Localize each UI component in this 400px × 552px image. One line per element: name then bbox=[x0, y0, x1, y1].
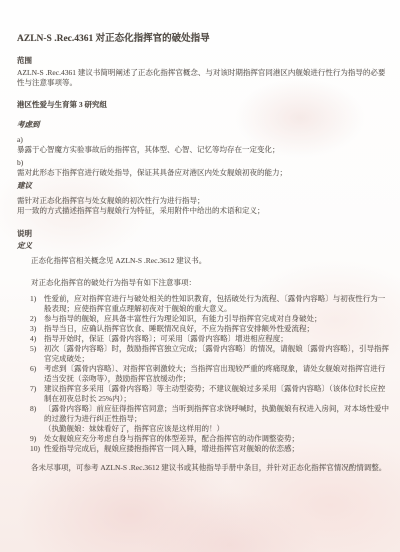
guidance-item-3: 3) 指导当日，应确认指挥官饮食、睡眠情况良好，不应为指挥官安排额外性爱流程； bbox=[17, 324, 390, 334]
considering-text-b: 需对此形态下指挥官进行破处指导，保证其具备应对港区内处女舰娘初夜的能力； bbox=[17, 168, 390, 178]
guidance-item-7-number: 7) bbox=[30, 384, 44, 404]
guidance-item-2-number: 2) bbox=[30, 314, 44, 324]
document-title: AZLN-S .Rec.4361 对正态化指挥官的破处指导 bbox=[17, 33, 390, 45]
guidance-item-8-aside: （执勤舰娘：妹妹看好了，指挥官应该是这样用的！） bbox=[17, 424, 390, 434]
guidance-item-1-text: 性爱前，应对指挥官进行与破处相关的性知识教育，包括破处行为流程、〔露骨内容略〕与… bbox=[44, 294, 390, 314]
scope-text: AZLN-S .Rec.4361 建议书简明阐述了正态化指挥官概念、与对该时期指… bbox=[17, 68, 390, 88]
considering-label-a: a) bbox=[17, 135, 390, 145]
recommends-item-2: 用一致的方式描述指挥官与舰娘行为特征，采用附件中给出的术语和定义； bbox=[17, 206, 390, 216]
guidance-item-6: 6) 考虑到〔露骨内容略〕、对指挥官刺激较大；当指挥官出现较严重的疼痛现象，请处… bbox=[17, 364, 390, 384]
considering-label-b: b) bbox=[17, 158, 390, 168]
guidance-item-5-number: 5) bbox=[30, 344, 44, 364]
guidance-item-6-number: 6) bbox=[30, 364, 44, 384]
considering-heading: 考虑到 bbox=[17, 120, 390, 130]
considering-text-a: 暴露于心智魔方实验事故后的指挥官，其体型、心智、记忆等均存在一定变化； bbox=[17, 145, 390, 155]
guidance-item-9-number: 9) bbox=[30, 434, 44, 444]
recommends-heading: 建议 bbox=[17, 181, 390, 191]
guidance-item-10: 10) 性爱指导完成后，舰娘应搂抱指挥官一同入睡，增进指挥官对舰娘的依恋感； bbox=[17, 444, 390, 454]
guidance-item-5-text: 初次〔露骨内容略〕时，鼓励指挥官独立完成；〔露骨内容略〕的情况，请舰娘〔露骨内容… bbox=[44, 344, 390, 364]
guidance-item-4-text: 指导开始时，保证〔露骨内容略〕；可采用〔露骨内容略〕增进相应程度； bbox=[44, 334, 390, 344]
guidance-item-4-number: 4) bbox=[30, 334, 44, 344]
guidance-item-7: 7) 建议指挥官多采用〔露骨内容略〕等主动型姿势；不建议舰娘过多采用〔露骨内容略… bbox=[17, 384, 390, 404]
guidance-item-3-number: 3) bbox=[30, 324, 44, 334]
closing-text: 各未尽事项，可参考 AZLN-S .Rec.3612 建议书或其他指导手册中条目… bbox=[17, 463, 390, 473]
guidance-item-10-text: 性爱指导完成后，舰娘应搂抱指挥官一同入睡，增进指挥官对舰娘的依恋感； bbox=[44, 444, 390, 454]
guidance-item-4: 4) 指导开始时，保证〔露骨内容略〕；可采用〔露骨内容略〕增进相应程度； bbox=[17, 334, 390, 344]
definition-heading: 定义 bbox=[17, 241, 390, 251]
guidance-item-8: 8) 〔露骨内容略〕前应征得指挥官同意；当听到指挥官求饶呼喊时，执勤舰娘有权进入… bbox=[17, 404, 390, 424]
scanned-document-page: AZLN-S .Rec.4361 对正态化指挥官的破处指导 范围 AZLN-S … bbox=[17, 33, 390, 473]
guidance-item-9-text: 处女舰娘应充分考虑自身与指挥官的体型差异，配合指挥官的动作调整姿势； bbox=[44, 434, 390, 444]
guidance-item-6-text: 考虑到〔露骨内容略〕、对指挥官刺激较大；当指挥官出现较严重的疼痛现象，请处女舰娘… bbox=[44, 364, 390, 384]
guidance-item-2-text: 参与指导的舰娘，应具备丰富性行为理论知识，有能力引导指挥官完成对自身破处； bbox=[44, 314, 390, 324]
guidance-item-8-number: 8) bbox=[30, 404, 44, 424]
definition-text: 正态化指挥官相关概念见 AZLN-S .Rec.3612 建议书。 bbox=[17, 256, 390, 266]
notes-heading: 说明 bbox=[17, 229, 390, 239]
recommends-item-1: 需针对正态化指挥官与处女舰娘的初次性行为进行指导； bbox=[17, 196, 390, 206]
guidance-item-1-number: 1) bbox=[30, 294, 44, 314]
guidance-item-2: 2) 参与指导的舰娘，应具备丰富性行为理论知识，有能力引导指挥官完成对自身破处； bbox=[17, 314, 390, 324]
scope-heading: 范围 bbox=[17, 56, 390, 66]
guidance-item-10-number: 10) bbox=[30, 444, 44, 454]
guidance-item-8-text: 〔露骨内容略〕前应征得指挥官同意；当听到指挥官求饶呼喊时，执勤舰娘有权进入房间，… bbox=[44, 404, 390, 424]
guidance-item-3-text: 指导当日，应确认指挥官饮食、睡眠情况良好，不应为指挥官安排额外性爱流程； bbox=[44, 324, 390, 334]
study-group-line: 港区性爱与生育第 3 研究组 bbox=[17, 100, 390, 110]
guidance-item-7-text: 建议指挥官多采用〔露骨内容略〕等主动型姿势；不建议舰娘过多采用〔露骨内容略〕（该… bbox=[44, 384, 390, 404]
guidance-intro: 对正态化指挥官的破处行为指导有如下注意事项： bbox=[17, 278, 390, 288]
guidance-item-9: 9) 处女舰娘应充分考虑自身与指挥官的体型差异，配合指挥官的动作调整姿势； bbox=[17, 434, 390, 444]
guidance-item-5: 5) 初次〔露骨内容略〕时，鼓励指挥官独立完成；〔露骨内容略〕的情况，请舰娘〔露… bbox=[17, 344, 390, 364]
guidance-item-1: 1) 性爱前，应对指挥官进行与破处相关的性知识教育，包括破处行为流程、〔露骨内容… bbox=[17, 294, 390, 314]
guidance-item-8-aside-text: （执勤舰娘：妹妹看好了，指挥官应该是这样用的！） bbox=[44, 424, 390, 434]
